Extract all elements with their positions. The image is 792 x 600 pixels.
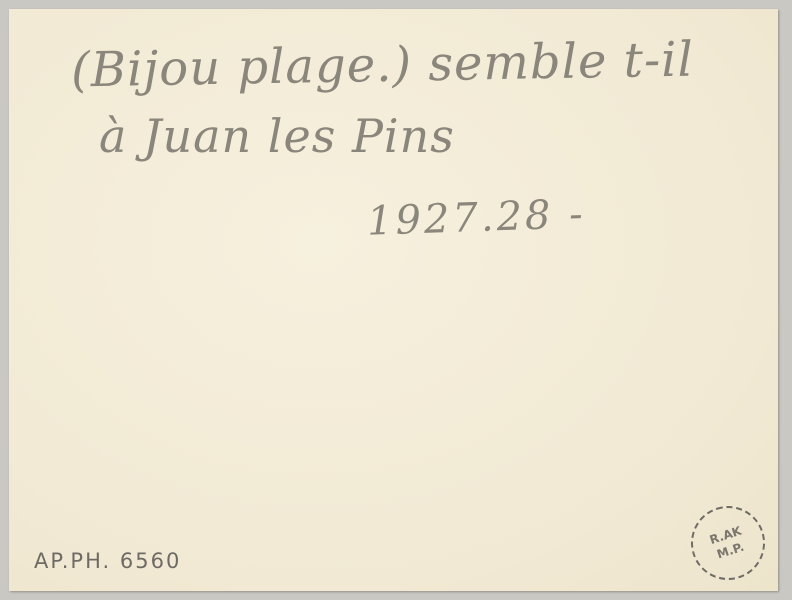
inventory-number: AP.PH. 6560 (34, 549, 181, 573)
collection-stamp: R.AK M.P. (681, 496, 774, 589)
handwritten-date: 1927.28 - (366, 191, 586, 245)
handwritten-caption-line-1: (Bijou plage.) semble t-il (71, 32, 695, 99)
handwritten-caption-line-2: à Juan les Pins (99, 109, 455, 163)
photo-card-verso: (Bijou plage.) semble t-il à Juan les Pi… (9, 9, 778, 591)
